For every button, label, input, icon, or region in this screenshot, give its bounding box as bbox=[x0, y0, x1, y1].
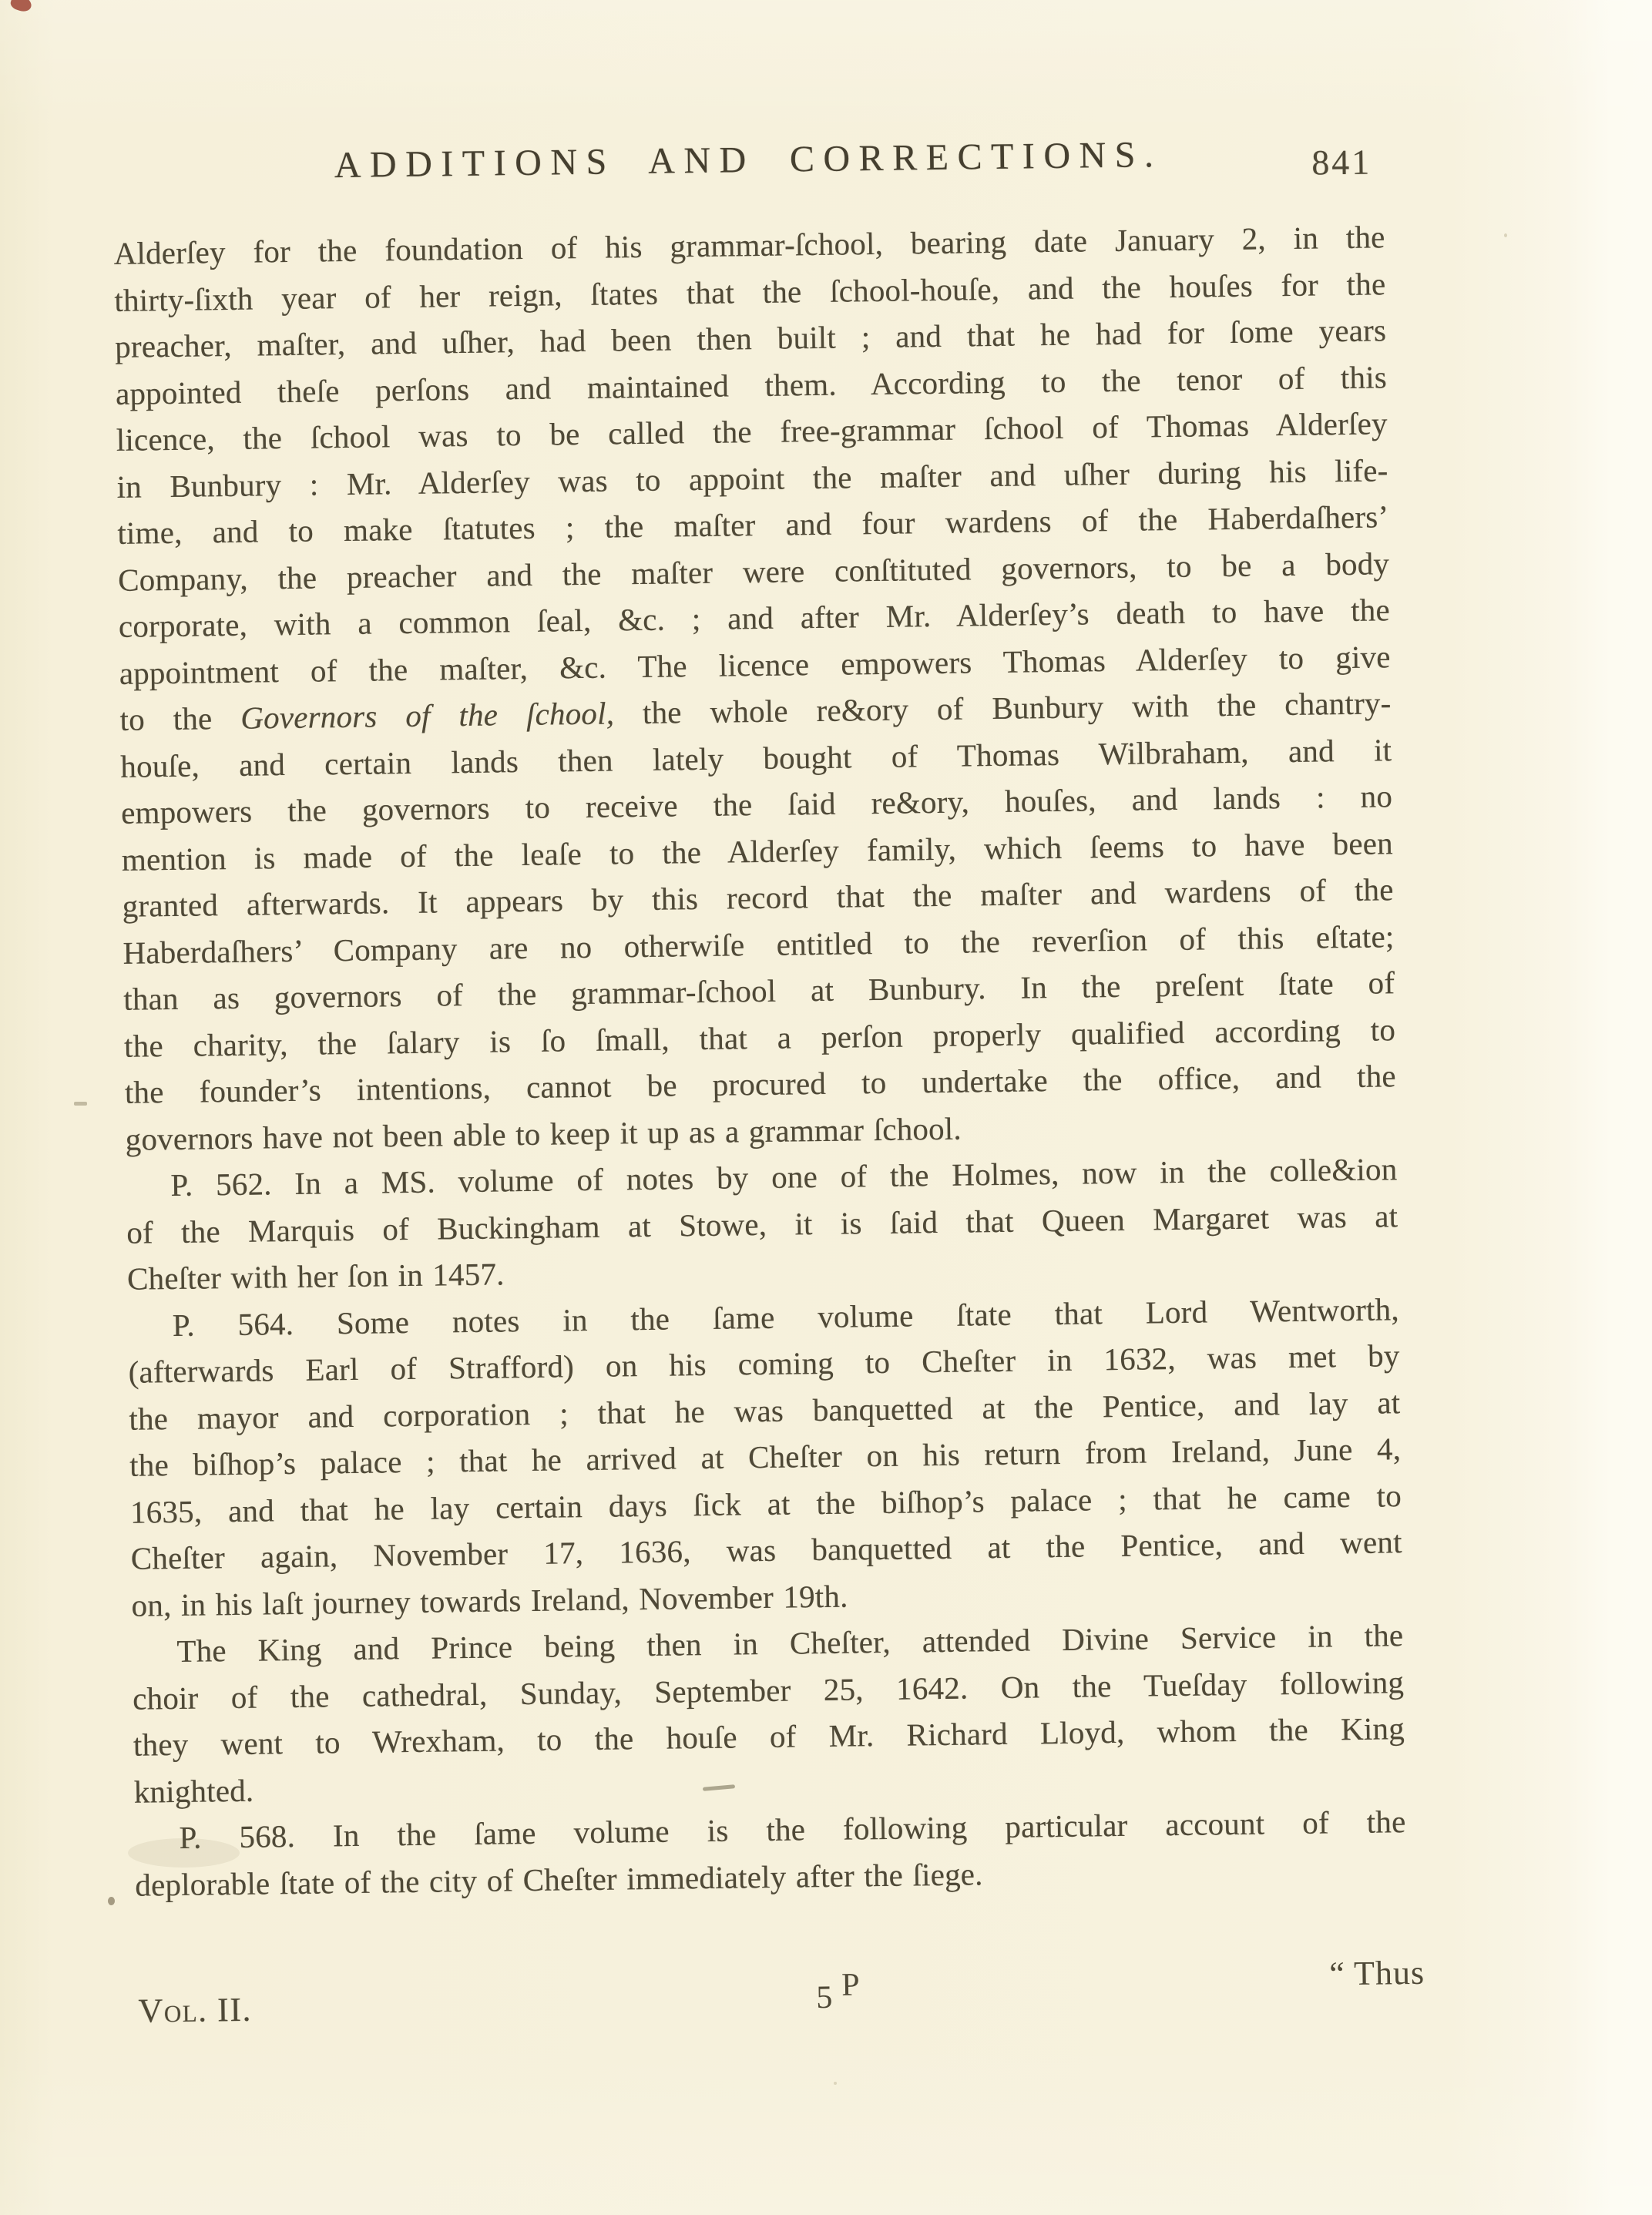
scan-artifact-smudge bbox=[128, 1838, 240, 1868]
paper-speck bbox=[541, 1465, 545, 1468]
paper-speck bbox=[271, 495, 274, 498]
body-text: Alderſey for the foundation of his gramm… bbox=[113, 213, 1406, 1908]
paragraph-2: P. 562. In a MS. volume of notes by one … bbox=[126, 1146, 1398, 1302]
signature-number: 5 bbox=[816, 1979, 833, 2016]
paper-speck bbox=[1174, 756, 1177, 759]
paper-speck bbox=[1504, 233, 1507, 237]
catchword: “ Thus bbox=[1329, 1953, 1425, 1994]
signature-mark: 5P bbox=[816, 1972, 860, 2010]
scan-artifact-margin-tick bbox=[74, 1102, 87, 1106]
page-header: ADDITIONS AND CORRECTIONS. 841 bbox=[112, 130, 1385, 190]
paragraph-1: Alderſey for the foundation of his gramm… bbox=[113, 213, 1397, 1162]
italic-text-run: Governors of the ſchool, bbox=[240, 695, 614, 735]
paragraph-5: P. 568. In the ſame volume is the follow… bbox=[134, 1798, 1406, 1908]
scan-artifact-red-mark bbox=[9, 0, 34, 14]
signature-letter: P bbox=[841, 1966, 860, 2003]
running-title: ADDITIONS AND CORRECTIONS. bbox=[112, 130, 1385, 190]
paragraph-3: P. 564. Some notes in the ſame volume ſt… bbox=[127, 1286, 1402, 1629]
text-run: the whole re&ory of Bunbury with the cha… bbox=[614, 685, 1392, 730]
page-footer: Vol. II. 5P “ Thus bbox=[136, 1965, 1409, 2059]
paper-speck bbox=[834, 2082, 837, 2085]
scan-artifact-dot bbox=[108, 1897, 115, 1905]
paragraph-4: The King and Prince being then in Cheſte… bbox=[132, 1612, 1405, 1815]
scanned-book-page: ADDITIONS AND CORRECTIONS. 841 Alderſey … bbox=[0, 0, 1652, 2215]
page-number: 841 bbox=[1311, 142, 1372, 183]
text-run: to the bbox=[119, 700, 240, 737]
volume-label: Vol. II. bbox=[138, 1990, 252, 2031]
page-content: ADDITIONS AND CORRECTIONS. 841 Alderſey … bbox=[112, 122, 1409, 2065]
